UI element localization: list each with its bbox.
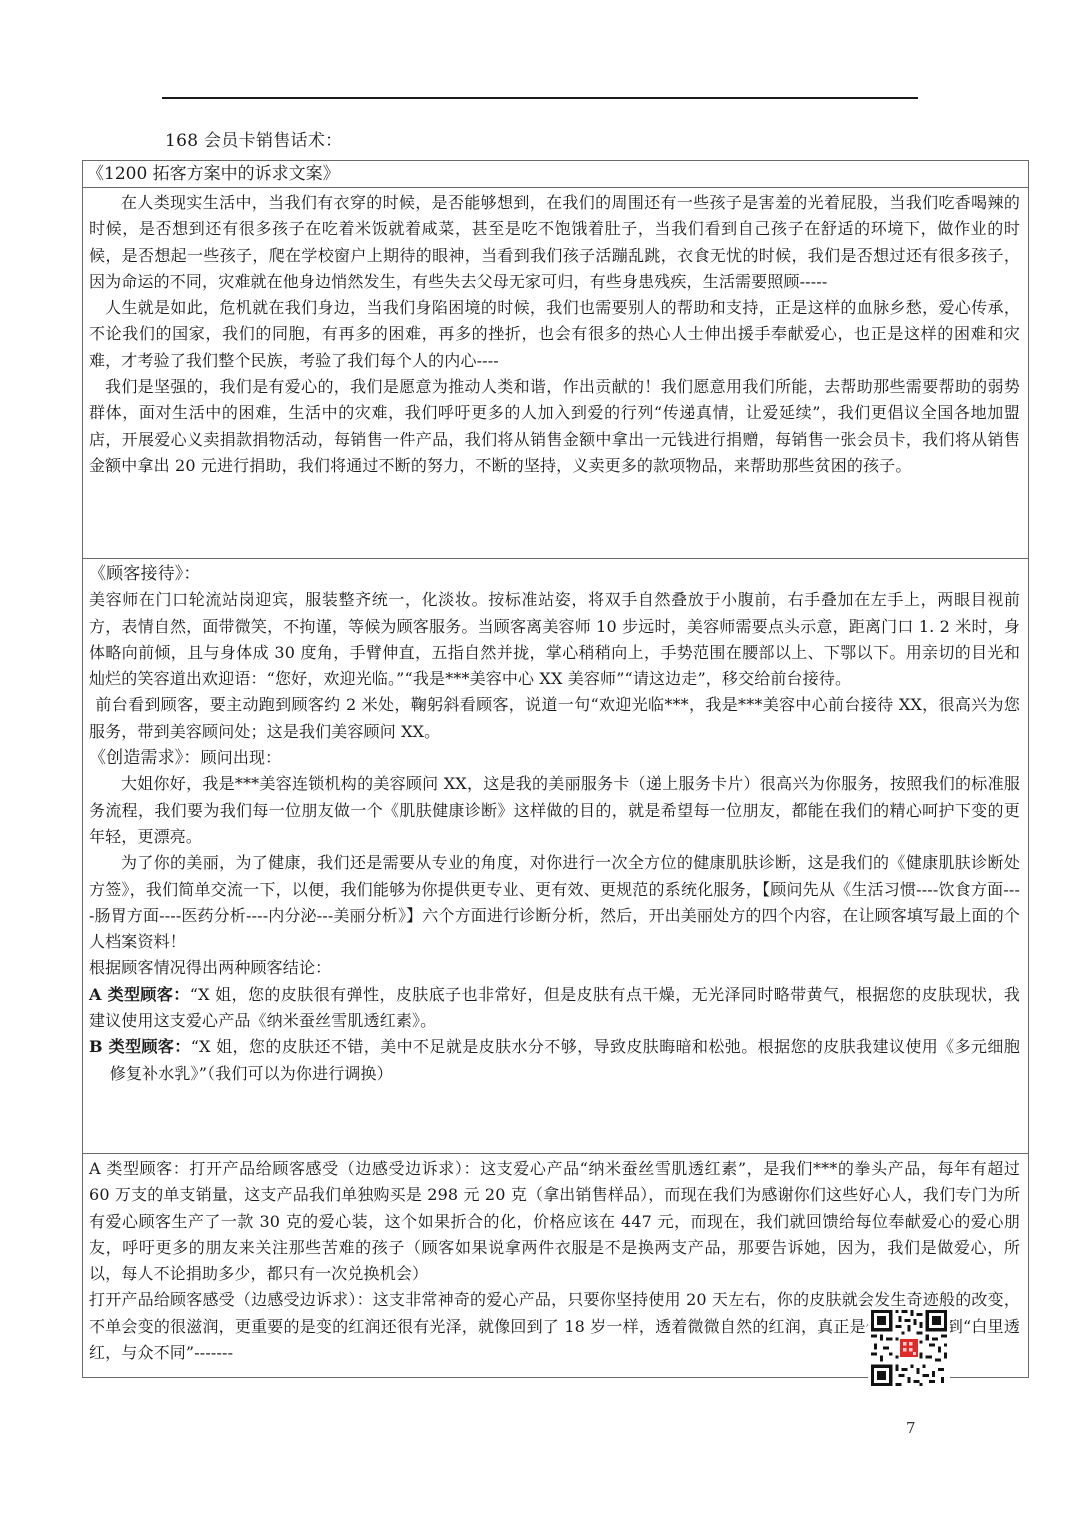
type-b-text: “X 姐，您的皮肤还不错，美中不足就是皮肤水分不够，导致皮肤晦暗和松弛。根据您的… [110,1037,1020,1082]
demand-title-line: 《创造需求》：顾问出现： [89,745,1020,771]
pitch-paragraph: A 类型顾客：打开产品给顾客感受（边感受边诉求）：这支爱心产品“纳米蚕丝雪肌透红… [89,1156,1020,1287]
page-number: 7 [906,1419,916,1437]
reception-title: 《顾客接待》： [89,564,201,584]
reception-demand-section: 《顾客接待》： 美容师在门口轮流站岗迎宾，服装整齐统一，化淡妆。按标准站姿，将双… [83,558,1028,1153]
type-a-text: “X 姐，您的皮肤很有弹性，皮肤底子也非常好，但是皮肤有点干燥，无光泽同时略带黄… [89,985,1020,1030]
qr-code-icon[interactable] [868,1307,950,1389]
demand-title: 《创造需求》： [89,748,201,768]
table-heading: 《1200 拓客方案中的诉求文案》 [87,164,340,184]
appeal-paragraph: 在人类现实生活中，当我们有衣穿的时候，是否能够想到，在我们的周围还有一些孩子是害… [89,190,1020,295]
appeal-paragraph: 人生就是如此，危机就在我们身边，当我们身陷困境的时候，我们也需要别人的帮助和支持… [89,295,1020,374]
front-desk-paragraph: 前台看到顾客，要主动跑到顾客约 2 米处，鞠躬斜看顾客，说道一句“欢迎光临***… [89,692,1020,745]
appeal-copy-section: 在人类现实生活中，当我们有衣穿的时候，是否能够想到，在我们的周围还有一些孩子是害… [83,187,1028,558]
reception-title-line: 《顾客接待》： [89,561,1020,587]
table-heading-row: 《1200 拓客方案中的诉求文案》 [83,161,1028,187]
appeal-paragraph: 我们是坚强的，我们是有爱心的，我们是愿意为推动人类和谐，作出贡献的！我们愿意用我… [89,374,1020,479]
header-rule [162,97,918,99]
type-a-label: A 类型顾客： [89,985,190,1004]
reception-paragraph: 美容师在门口轮流站岗迎宾，服装整齐统一，化淡妆。按标准站姿，将双手自然叠放于小腹… [89,587,1020,692]
script-table: 《1200 拓客方案中的诉求文案》 在人类现实生活中，当我们有衣穿的时候，是否能… [82,160,1029,1378]
type-b-conclusion: B 类型顾客：“X 姐，您的皮肤还不错，美中不足就是皮肤水分不够，导致皮肤晦暗和… [89,1034,1020,1087]
type-b-label: B 类型顾客： [89,1037,191,1056]
demand-paragraph: 大姐你好，我是***美容连锁机构的美容顾问 XX，这是我的美丽服务卡（递上服务卡… [89,771,1020,850]
demand-subtitle: 顾问出现： [201,748,282,767]
demand-paragraph: 为了你的美丽，为了健康，我们还是需要从专业的角度，对你进行一次全方位的健康肌肤诊… [89,850,1020,955]
page-title: 168 会员卡销售话术： [165,130,342,152]
type-a-conclusion: A 类型顾客：“X 姐，您的皮肤很有弹性，皮肤底子也非常好，但是皮肤有点干燥，无… [89,982,1020,1035]
conclusion-intro: 根据顾客情况得出两种顾客结论： [89,955,1020,981]
